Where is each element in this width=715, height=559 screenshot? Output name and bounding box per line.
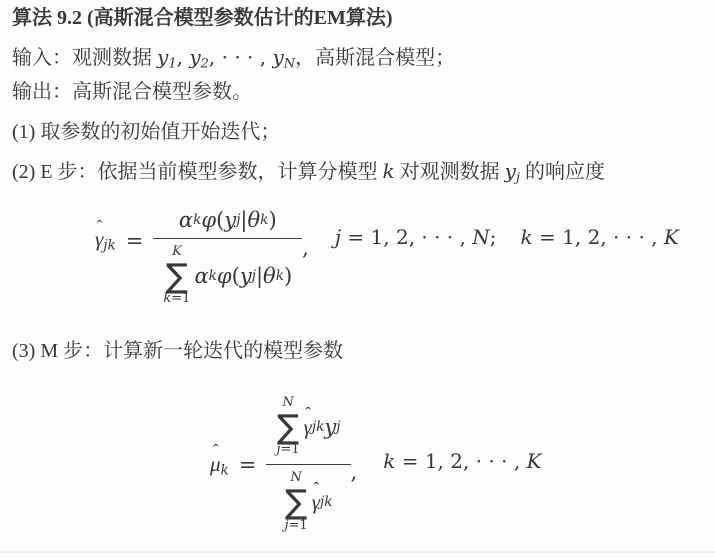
step-3-text: (3) M 步：计算新一轮迭代的模型参数 xyxy=(12,340,343,362)
input-label: 输入：观测数据 xyxy=(12,47,157,69)
formula-comma: , xyxy=(302,236,309,260)
equals-sign: = xyxy=(239,453,257,477)
sub-N: N xyxy=(284,56,295,71)
mu-denominator: N∑j=1ˆγjk xyxy=(274,465,342,533)
var-y1: y xyxy=(157,45,168,69)
mu-lhs: ˆμk xyxy=(210,452,229,478)
sum-over-j: N∑j=1 xyxy=(284,471,307,533)
step-3-line: (3) M 步：计算新一轮迭代的模型参数 xyxy=(12,340,343,363)
range-k: k = 1, 2, · · · , K xyxy=(383,449,541,474)
alpha: α xyxy=(179,208,193,232)
gamma-formula: ˆγjk = αkφ(yj|θk) K∑k=1αkφ(yj|θk) , j = … xyxy=(95,174,679,307)
sub-2: 2 xyxy=(201,56,209,71)
gamma-lhs: ˆγjk xyxy=(95,227,116,253)
hat-accent: ˆ xyxy=(97,219,103,236)
phi: φ xyxy=(201,208,216,232)
sigma-icon: ∑ xyxy=(285,486,307,517)
ellipsis: , · · · , xyxy=(209,45,273,69)
output-text: 输出：高斯混合模型参数。 xyxy=(12,81,252,103)
formula-comma: , xyxy=(351,460,358,484)
range-k: k = 1, 2, · · · , K xyxy=(521,225,679,250)
gamma-hat: ˆγ xyxy=(95,227,103,252)
mu-fraction: N∑j=1ˆγjkyj N∑j=1ˆγjk xyxy=(266,396,350,533)
sum-lower-limit: j=1 xyxy=(284,518,307,534)
hat-accent: ˆ xyxy=(213,443,219,460)
algorithm-title-text: 算法 9.2 (高斯混合模型参数估计的EM算法) xyxy=(12,7,393,29)
gamma-numerator: αkφ(yj|θk) xyxy=(169,208,287,238)
book-page: 算法 9.2 (高斯混合模型参数估计的EM算法) 输入：观测数据 y1, y2,… xyxy=(0,0,715,559)
gamma-hat: ˆγ xyxy=(304,415,312,440)
theta: θ xyxy=(248,208,261,232)
observed-data-sequence: y1, y2, · · · , yN xyxy=(157,47,295,69)
sub-1: 1 xyxy=(168,56,176,71)
gamma-fraction: αkφ(yj|θk) K∑k=1αkφ(yj|θk) xyxy=(153,208,302,307)
comma: , xyxy=(177,45,190,69)
var-yN: y xyxy=(272,45,283,69)
var-y2: y xyxy=(189,45,200,69)
gamma-denominator: K∑k=1αkφ(yj|θk) xyxy=(153,239,302,307)
input-line: 输入：观测数据 y1, y2, · · · , yN，高斯混合模型； xyxy=(12,46,455,72)
mu-subscript: k xyxy=(221,462,229,478)
sum-lower-limit: j=1 xyxy=(276,442,299,458)
step-1-line: (1) 取参数的初始值开始迭代； xyxy=(12,121,280,144)
mu-numerator: N∑j=1ˆγjkyj xyxy=(266,396,350,464)
mu-formula: ˆμk = N∑j=1ˆγjkyj N∑j=1ˆγjk , k = 1, 2, … xyxy=(210,396,542,533)
input-suffix: ，高斯混合模型； xyxy=(295,47,455,69)
equals-sign: = xyxy=(126,229,144,253)
mu-hat: ˆμ xyxy=(210,452,221,477)
sum-over-k: K∑k=1 xyxy=(163,245,190,307)
sigma-icon: ∑ xyxy=(166,260,188,291)
algorithm-title: 算法 9.2 (高斯混合模型参数估计的EM算法) xyxy=(12,7,393,30)
range-j: j = 1, 2, · · · , N; xyxy=(335,225,497,250)
gamma-subscript: jk xyxy=(103,238,116,254)
sum-lower-limit: k=1 xyxy=(163,291,190,307)
gamma-hat: ˆγ xyxy=(312,490,320,515)
sum-over-j: N∑j=1 xyxy=(276,396,299,458)
page-bottom-shade xyxy=(0,551,715,553)
step-1-text: (1) 取参数的初始值开始迭代； xyxy=(12,121,280,143)
sigma-icon: ∑ xyxy=(277,411,299,442)
output-line: 输出：高斯混合模型参数。 xyxy=(12,81,252,104)
